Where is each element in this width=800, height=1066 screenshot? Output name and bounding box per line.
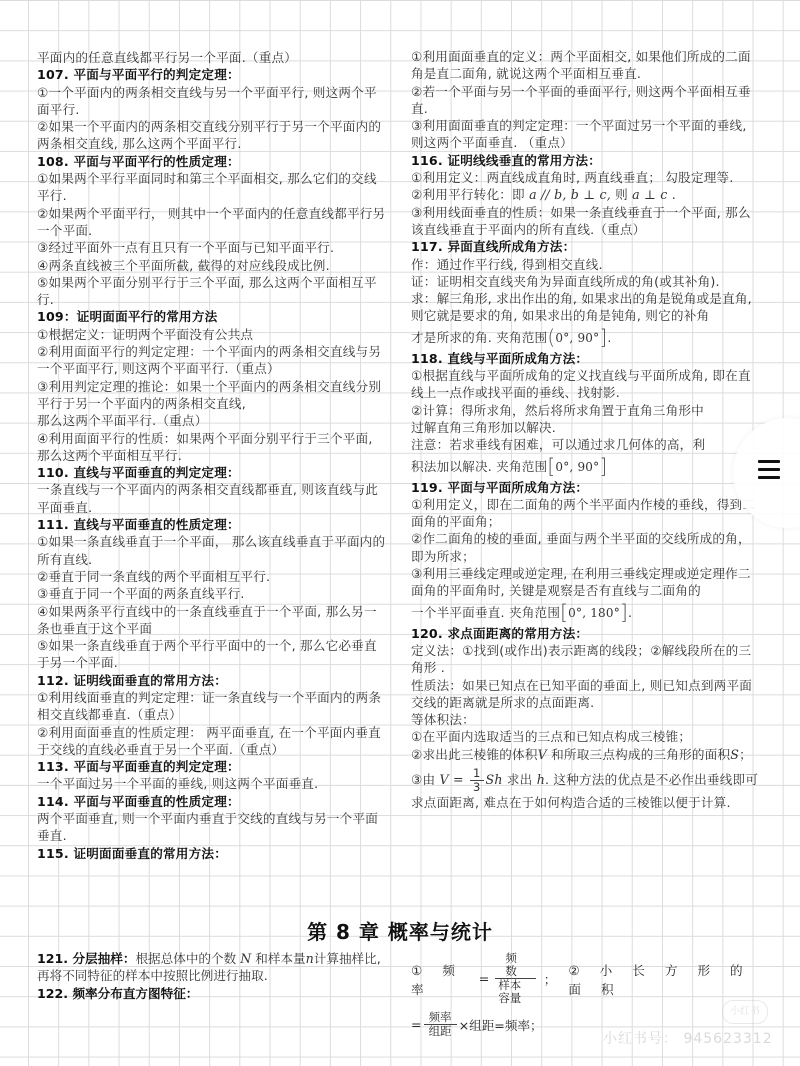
item-120-2-suffix: ； (739, 747, 752, 762)
frac-denominator: 组距 (426, 1025, 455, 1038)
item-120-2: ②求出此三棱锥的体积V 和所取三点构成的三角形的面积S； (411, 746, 759, 763)
item-116-1: ①利用定义：两直线成直角时, 两直线垂直； 勾股定理等. (411, 169, 759, 186)
item-120-3-prefix: ③由 (411, 772, 435, 787)
heading-110: 110. 直线与平面垂直的判定定理： (37, 464, 389, 481)
item-120-prop: 性质法：如果已知点在已知平面的垂面上, 则已知点到两平面交线的距离就是所求的点面… (411, 677, 759, 712)
item-115-2: ②若一个平面与另一个平面的垂面平行, 则这两个平面相互垂直. (411, 83, 759, 118)
range-suffix: . (628, 605, 632, 620)
item-111-3: ③垂直于同一个平面的两条直线平行. (37, 585, 389, 602)
angle-range-value: 0°, 180° (568, 606, 620, 620)
item-108-1: ①如果两个平行平面同时和第三个平面相交, 那么它们的交线平行. (37, 170, 389, 205)
item-109-1: ①根据定义：证明两个平面没有公共点 (37, 326, 389, 343)
item-117-1: 作：通过作平行线, 得到相交直线. (411, 256, 759, 273)
range-prefix: 才是所求的角. 夹角范围 (411, 330, 547, 345)
item-116-2-suffix: . (672, 187, 676, 202)
item-121-mid: 和样本量 (255, 951, 305, 966)
item-120-2-mid: 和所取三点构成的三角形的面积 (547, 747, 730, 762)
var-h: h (537, 772, 545, 787)
item-117-range: 才是所求的角. 夹角范围(0°, 90°]. (411, 325, 759, 350)
formula1-eq: = (479, 971, 490, 986)
item-109-3b: 那么这两个平面平行.（重点） (37, 412, 389, 429)
item-115-1: ①利用面面垂直的定义：两个平面相交, 如果他们所成的二面角是直二面角, 就说这两… (411, 48, 759, 83)
heading-113: 113. 平面与平面垂直的判定定理： (37, 758, 389, 775)
heading-111: 111. 直线与平面垂直的性质定理： (37, 516, 389, 533)
angle-range-value: 0°, 90° (555, 460, 599, 474)
item-120-3-mid: 求出 (507, 772, 533, 787)
item-117-2: 证：证明相交直线夹角为异面直线所成的角(或其补角). (411, 273, 759, 290)
frac-numerator: 频率 (424, 1011, 457, 1025)
item-118-2: ②计算：得所求角，然后将所求角置于直角三角形中 (411, 402, 759, 419)
item-112-1: ①利用线面垂直的判定定理：证一条直线与一个平面内的两条相交直线都垂直.（重点） (37, 689, 389, 724)
item-120-def: 定义法：①找到(或作出)表示距离的线段；②解线段所在的三角形 . (411, 642, 759, 677)
frac-numerator: 频数 (495, 952, 535, 979)
math-conclusion: a ⊥ c (632, 187, 667, 202)
frac-numerator: 1 (470, 767, 484, 781)
item-111-1: ①如果一条直线垂直于一个平面， 那么该直线垂直于平面内的所有直线. (37, 533, 389, 568)
item-120-3: ③由 V = 1 3 Sh 求出 h. 这种方法的优点是不必作出垂线即可求点面距… (411, 767, 759, 811)
fraction-one-third: 1 3 (470, 767, 484, 794)
item-118-range: 积法加以解决. 夹角范围[0°, 90°] (411, 454, 759, 479)
right-column: ①利用面面垂直的定义：两个平面相交, 如果他们所成的二面角是直二面角, 就说这两… (411, 48, 759, 811)
math-parallel-perp: a // b, b ⊥ c, (529, 187, 611, 202)
formula-frequency: ① 频 率 = 频数 样本容量 ； ② 小 长 方 形 的 面 积 (411, 952, 761, 1005)
item-120-2-prefix: ②求出此三棱锥的体积 (411, 747, 538, 762)
fraction-frequency: 频数 样本容量 (495, 952, 535, 1005)
angle-range-value: 0°, 90° (555, 331, 599, 345)
item-118-2b: 过解直角三角形加以解决. (411, 419, 759, 436)
item-111-5: ⑤如果一条直线垂直于两个平行平面中的一个, 那么它必垂直于另一个平面. (37, 637, 389, 672)
item-115-3: ③利用面面垂直的判定定理：一个平面过另一个平面的垂线, 则这两个平面垂直. （重… (411, 117, 759, 152)
formula2-rest: ×组距=频率； (459, 1015, 543, 1034)
item-108-2: ②如果两个平面平行， 则其中一个平面内的任意直线都平行另一个平面. (37, 205, 389, 240)
heading-108: 108. 平面与平面平行的性质定理： (37, 153, 389, 170)
item-111-2: ②垂直于同一条直线的两个平面相互平行. (37, 568, 389, 585)
frac-denominator: 样本容量 (495, 979, 535, 1005)
range-suffix: . (607, 330, 611, 345)
item-120-volume: 等体积法： (411, 711, 759, 728)
intro-line: 平面内的任意直线都平行另一个平面.（重点） (37, 49, 389, 66)
item-117-3: 求：解三角形, 求出作出的角, 如果求出的角是锐角或是直角, 则它就是要求的角,… (411, 290, 759, 325)
item-119-range: 一个半平面垂直. 夹角范围[0°, 180°]. (411, 600, 759, 625)
item-121: 121. 分层抽样：根据总体中的个数 N 和样本量n计算抽样比, 再将不同特征的… (37, 950, 389, 985)
item-111-4: ④如果两条平行直线中的一条直线垂直于一个平面, 那么另一条也垂直于这个平面 (37, 603, 389, 638)
heading-122: 122. 频率分布直方图特征： (37, 985, 389, 1002)
range-close-bracket: ] (599, 454, 607, 478)
item-112-2: ②利用面面垂直的性质定理： 两平面垂直, 在一个平面内垂直于交线的直线必垂直于另… (37, 724, 389, 759)
heading-117: 117. 异面直线所成角方法： (411, 238, 759, 255)
item-116-2: ②利用平行转化：即 a // b, b ⊥ c, 则 a ⊥ c . (411, 186, 759, 203)
range-open-bracket: [ (560, 600, 568, 624)
chapter-title: 第 8 章 概率与统计 (0, 916, 800, 945)
item-118-note: 注意：若求垂线有困难，可以通过求几何体的高，利 (411, 436, 759, 453)
item-108-3: ③经过平面外一点有且只有一个平面与已知平面平行. (37, 239, 389, 256)
item-118-1: ①根据直线与平面所成角的定义找直线与平面所成角, 即在直线上一点作或找平面的垂线… (411, 367, 759, 402)
range-prefix: 一个半平面垂直. 夹角范围 (411, 605, 560, 620)
heading-116: 116. 证明线线垂直的常用方法： (411, 152, 759, 169)
left-column: 平面内的任意直线都平行另一个平面.（重点） 107. 平面与平面平行的判定定理：… (37, 49, 389, 862)
formula-rhs: Sh (486, 772, 503, 787)
heading-118: 118. 直线与平面所成角方法： (411, 350, 759, 367)
item-119-2: ②作二面角的棱的垂面, 垂面与两个半平面的交线所成的角，即为所求； (411, 530, 759, 565)
item-108-4: ④两条直线被三个平面所截, 截得的对应线段成比例. (37, 257, 389, 274)
frac-denominator: 3 (470, 781, 484, 794)
var-n-sample: n (306, 951, 314, 966)
heading-115: 115. 证明面面垂直的常用方法： (37, 845, 389, 862)
item-119-1: ①利用定义，即在二面角的两个半平面内作棱的垂线，得到二面角的平面角； (411, 496, 759, 531)
item-116-3: ③利用线面垂直的性质：如果一条直线垂直于一个平面, 那么该直线垂直于平面内的所有… (411, 204, 759, 239)
chapter8-right: ① 频 率 = 频数 样本容量 ； ② 小 长 方 形 的 面 积 = 频率 组… (411, 952, 761, 1038)
formula1-label: ① 频 率 (411, 960, 477, 998)
item-116-2-mid: 则 (615, 187, 628, 202)
chapter8-left: 121. 分层抽样：根据总体中的个数 N 和样本量n计算抽样比, 再将不同特征的… (37, 950, 389, 1002)
watermark-logo: 小红书 (722, 1000, 768, 1024)
item-119-3: ③利用三垂线定理或逆定理, 在利用三垂线定理或逆定理作二面角的平面角时, 关键是… (411, 565, 759, 600)
heading-120: 120. 求点面距离的常用方法： (411, 625, 759, 642)
formula2-label: ② 小 长 方 形 的 面 积 (568, 960, 761, 998)
formula-lhs: V = (440, 772, 464, 787)
item-120-3-rest: . 这种方法的优点是不必作出垂线即可求点面距离, 难点在于如何构造合适的三棱锥以… (411, 772, 758, 810)
item-121-prefix: 根据总体中的个数 (135, 951, 236, 966)
item-109-2: ②利用面面平行的判定定理：一个平面内的两条相交直线与另一个平面平行, 则这两个平… (37, 343, 389, 378)
watermark-text: 小红书号： 945623312 (603, 1028, 773, 1048)
item-116-2-prefix: ②利用平行转化：即 (411, 187, 525, 202)
hamburger-menu-icon (758, 460, 780, 484)
heading-109: 109：证明面面平行的常用方法 (37, 308, 389, 325)
item-107-2: ②如果一个平面内的两条相交直线分别平行于另一个平面内的两条相交直线, 那么这两个… (37, 118, 389, 153)
formula2-eq: = (411, 1017, 422, 1032)
var-v: V (538, 747, 547, 762)
item-120-1: ①在平面内选取适当的三点和已知点构成三棱锥； (411, 728, 759, 745)
range-prefix: 积法加以解决. 夹角范围 (411, 459, 547, 474)
item-109-4: ④利用面面平行的性质：如果两个平面分别平行于三个平面, 那么这两个平面相互平行. (37, 430, 389, 465)
var-s: S (730, 747, 739, 762)
range-close-bracket: ] (620, 600, 628, 624)
heading-121: 121. 分层抽样： (37, 951, 135, 966)
item-109-3: ③利用判定定理的推论：如果一个平面内的两条相交直线分别平行于另一个平面内的两条相… (37, 378, 389, 413)
heading-112: 112. 证明线面垂直的常用方法： (37, 672, 389, 689)
item-107-1: ①一个平面内的两条相交直线与另一个平面平行, 则这两个平面平行. (37, 84, 389, 119)
heading-119: 119. 平面与平面所成角方法： (411, 479, 759, 496)
item-113-1: 一个平面过另一个平面的垂线, 则这两个平面垂直. (37, 775, 389, 792)
heading-114: 114. 平面与平面垂直的性质定理： (37, 793, 389, 810)
formula1-sep: ； (544, 969, 557, 988)
item-114-1: 两个平面垂直, 则一个平面内垂直于交线的直线与另一个平面垂直. (37, 810, 389, 845)
fraction-area: 频率 组距 (424, 1011, 457, 1038)
item-110-1: 一条直线与一个平面内的两条相交直线都垂直, 则该直线与此平面垂直. (37, 481, 389, 516)
item-108-5: ⑤如果两个平面分别平行于三个平面, 那么这两个平面相互平行. (37, 274, 389, 309)
heading-107: 107. 平面与平面平行的判定定理： (37, 66, 389, 83)
var-n-total: N (240, 951, 251, 966)
